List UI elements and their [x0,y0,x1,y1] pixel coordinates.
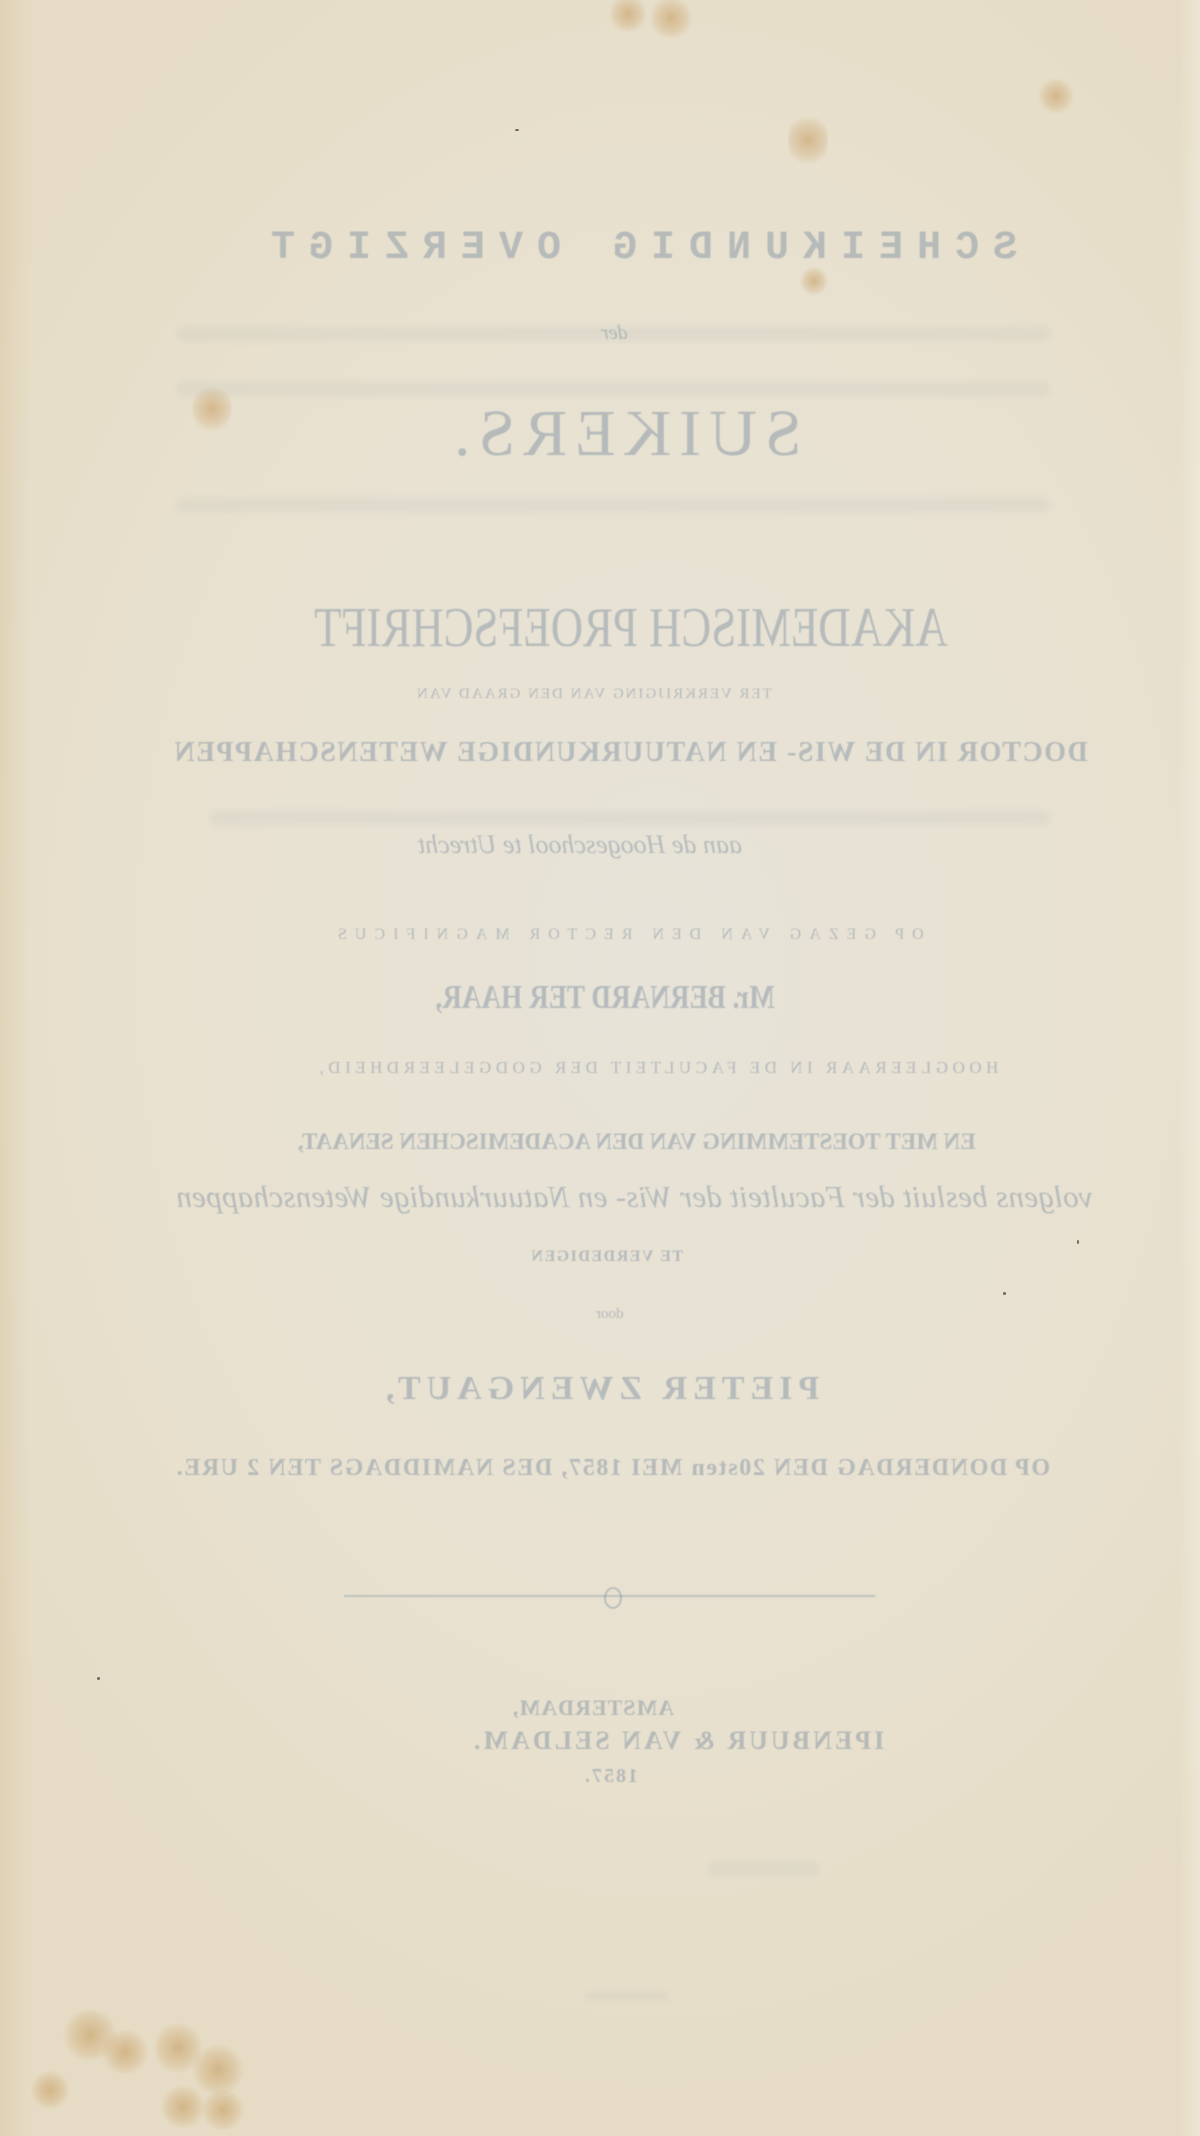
foxing-stain [30,2070,70,2110]
line-doctor-degree: DOCTOR IN DE WIS- EN NATUURKUNDIGE WETEN… [30,737,1200,769]
dust-speck [97,1677,100,1680]
imprint-city: AMSTERDAM, [0,1695,1193,1721]
dust-speck [1077,1240,1079,1244]
rule-ornament-icon [604,1587,622,1609]
foxing-stain [1038,78,1074,114]
dust-speck [515,129,519,131]
title-line-scheikundig-overzigt: SCHEIKUNDIG OVERZIGT [37,226,1200,271]
heading-akademisch-proefschrift: AKADEMISCH PROEFSCHRIFT [31,596,1200,660]
foxing-stain [648,0,694,38]
faint-show-through-line [709,1862,819,1876]
line-ter-verkrijging: TER VERKRIJGING VAN DEN GRAAD VAN [0,686,1193,703]
foxing-stain [100,2030,150,2074]
line-op-gezag: OP GEZAG VAN DEN RECTOR MAGNIFICUS [27,926,1200,944]
faint-show-through-line [177,498,1050,512]
line-rector-name: Mr. BERNARD TER HAAR, [5,979,1200,1017]
foxing-stain [200,2090,246,2130]
line-te-verdedigen: TE VERDEDIGEN [7,1248,1200,1266]
imprint-publisher: IPENBUUR & VAN SELDAM. [78,1726,1200,1756]
title-line-der: der [14,322,1200,345]
foxing-stain [160,2085,206,2129]
faint-show-through-line [177,382,1050,396]
imprint-year: 1857. [10,1765,1200,1788]
faint-show-through-line [210,811,1050,825]
line-author-name: PIETER ZWENGAUT, [0,1370,1200,1408]
paper-edge-shadow [0,0,30,2136]
line-faculteit: volgens besluit der Faculteit der Wis- e… [34,1179,1200,1215]
line-door: door [10,1306,1200,1323]
title-line-suikers: SUIKERS. [24,396,1200,472]
faint-show-through-line [586,1992,668,2000]
foxing-stain [608,0,648,32]
foxing-stain [788,112,828,168]
line-defense-date: OP DONDERDAG DEN 20sten MEI 1857, DES NA… [13,1455,1200,1482]
foxing-stain [190,2045,246,2095]
line-university: aan de Hoogeschool te Utrecht [0,830,1180,860]
line-toestemming: EN MET TOESTEMMING VAN DEN ACADEMISCHEN … [37,1129,1200,1155]
dust-speck [1003,1292,1006,1295]
line-hoogleeraar: HOOGLEERAAR IN DE FACULTEIT DER GODGELEE… [57,1058,1200,1078]
